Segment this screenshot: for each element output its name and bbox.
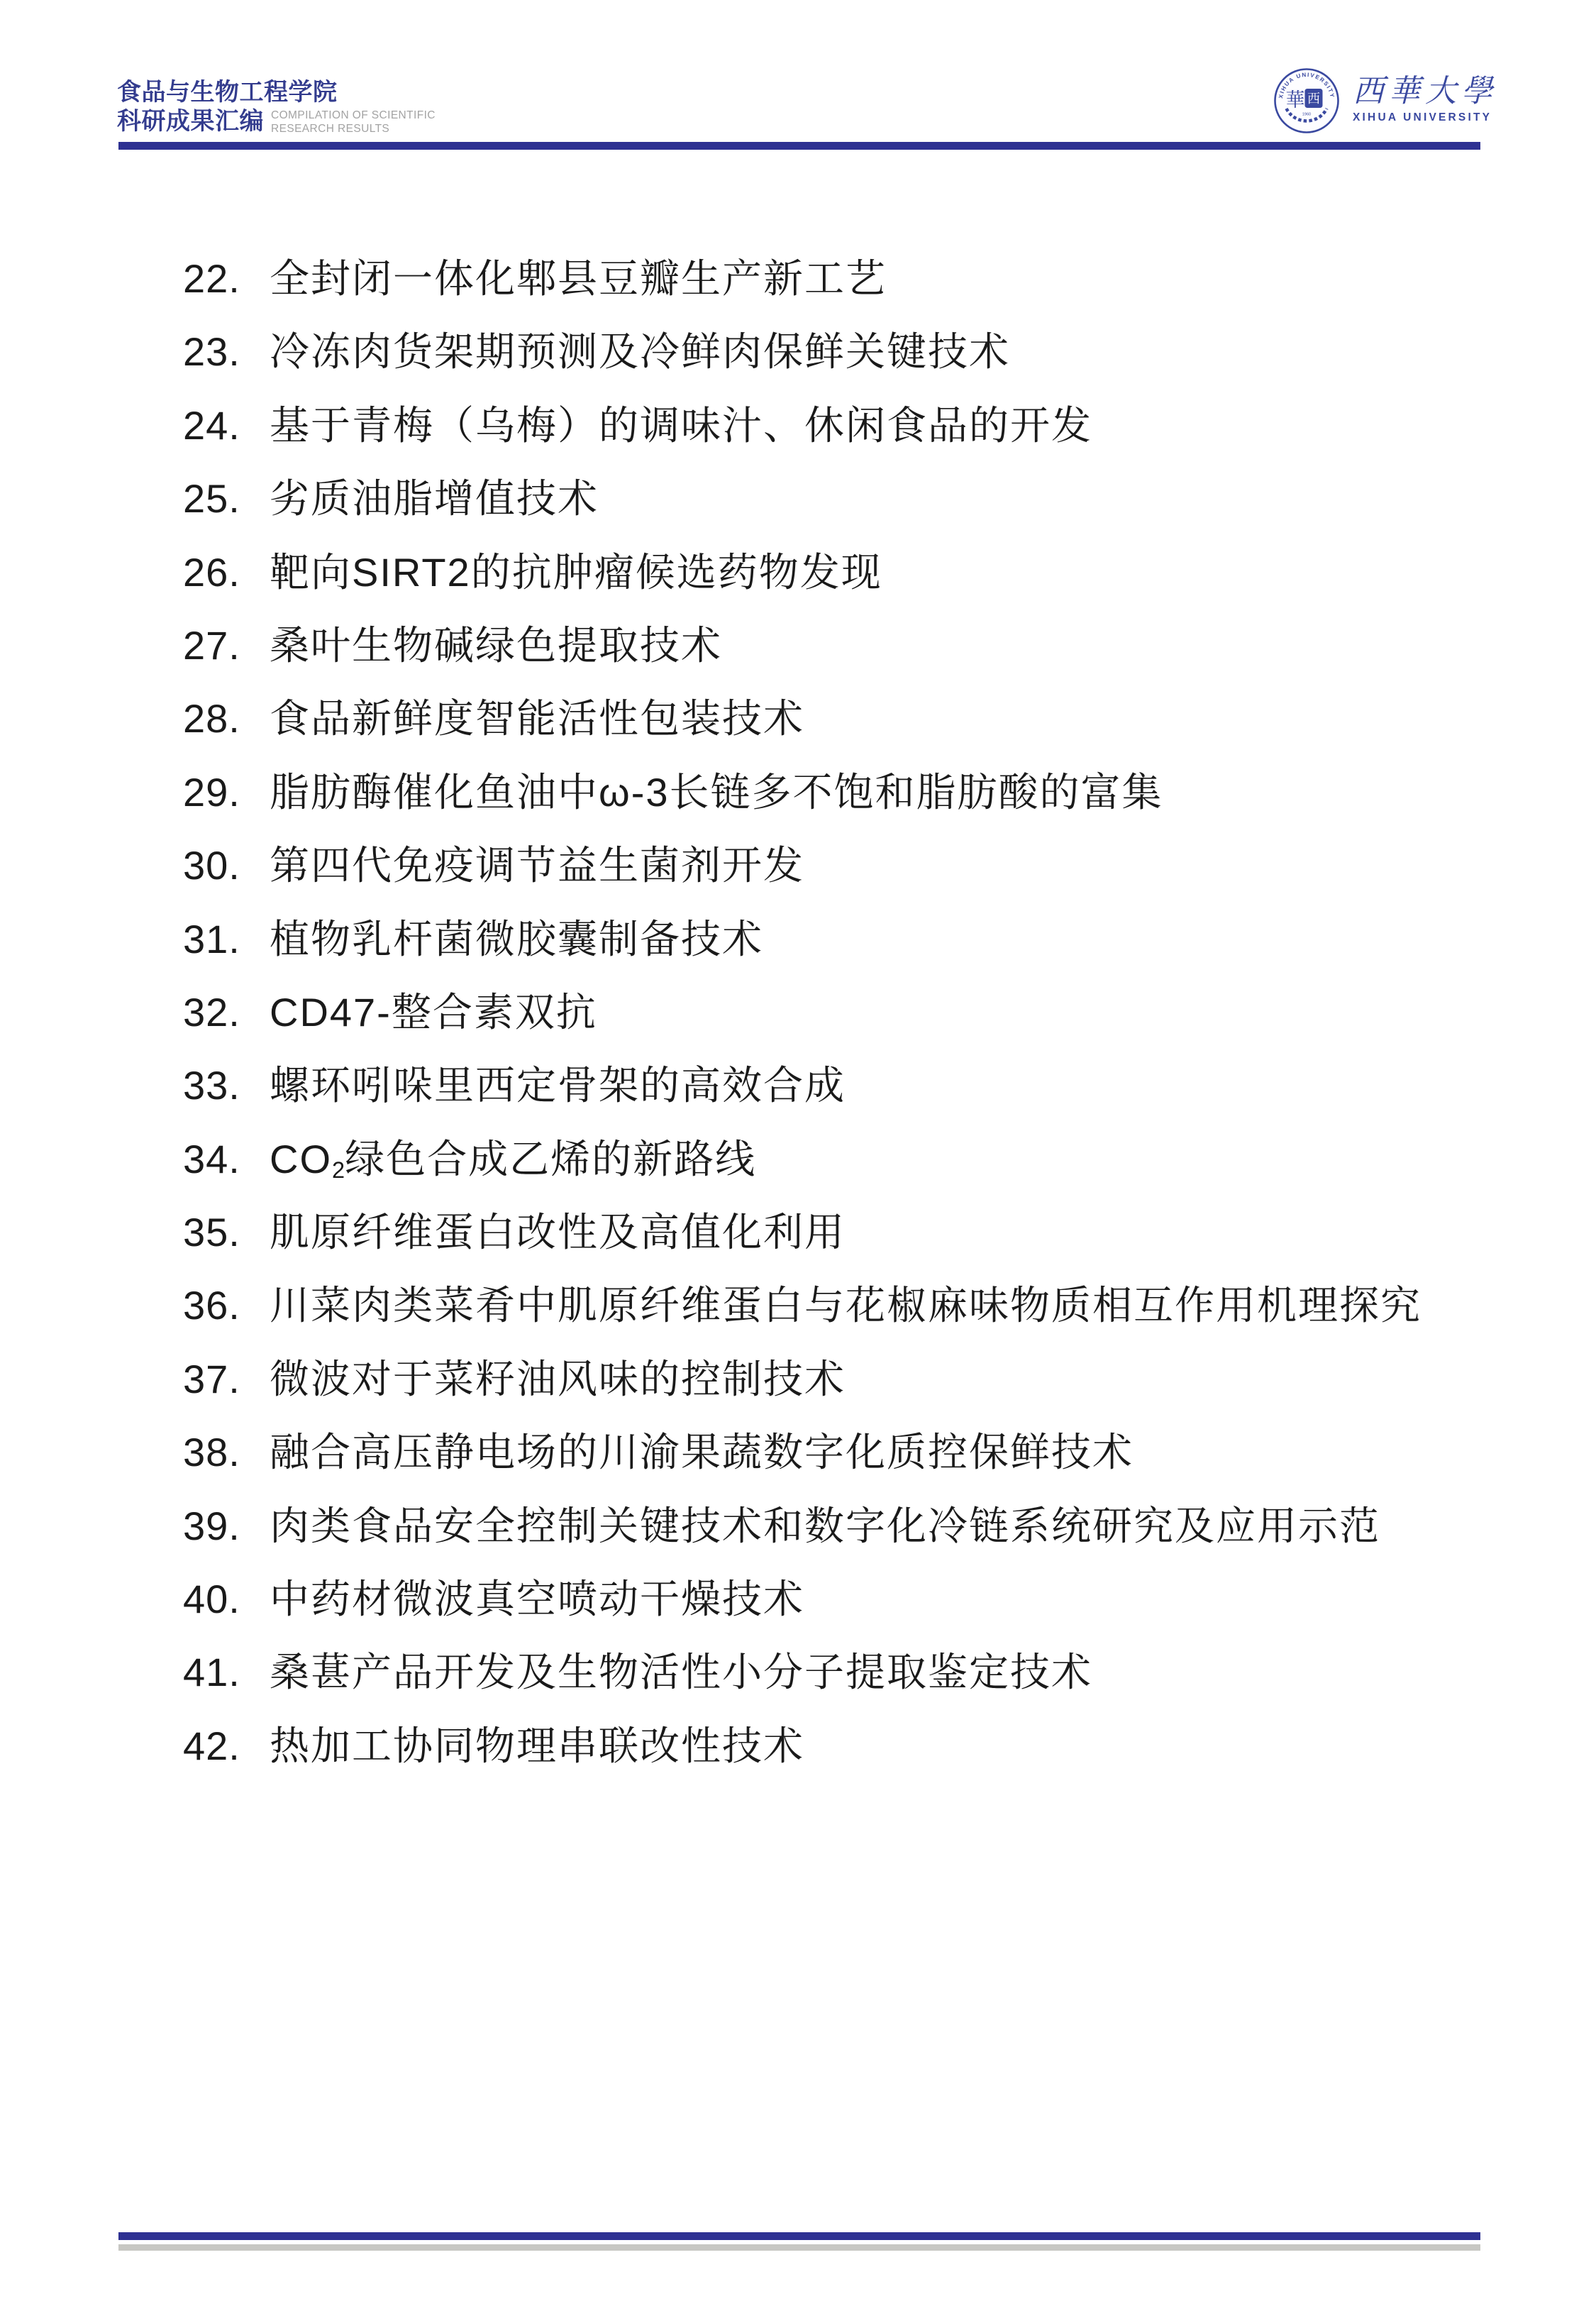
list-item-title: 第四代免疫调节益生菌剂开发 [270,844,804,886]
research-results-list: 22.全封闭一体化郫县豆瓣生产新工艺23.冷冻肉货架期预测及冷鲜肉保鲜关键技术2… [183,258,1502,1798]
list-item-number: 37. [183,1358,270,1400]
list-item-title: 桑叶生物碱绿色提取技术 [270,624,722,666]
list-item-number: 38. [183,1431,270,1473]
list-item: 32.CD47-整合素双抗 [183,991,1502,1064]
list-item: 40.中药材微波真空喷动干燥技术 [183,1578,1502,1651]
header-university-block: XIHUA UNIVERSITY 華 西 1960 西華大學 XIHUA UNI… [1273,67,1497,134]
list-item-title: 融合高压静电场的川渝果蔬数字化质控保鲜技术 [270,1431,1134,1473]
list-item-number: 30. [183,844,270,886]
footer-blue-bar [118,2232,1480,2240]
org-subtitle-en-line2: RESEARCH RESULTS [271,123,436,136]
document-page: 食品与生物工程学院 科研成果汇编 COMPILATION OF SCIENTIF… [0,0,1596,2311]
list-item-title: 植物乳杆菌微胶囊制备技术 [270,918,763,960]
list-item-number: 27. [183,624,270,666]
list-item-title: 冷冻肉货架期预测及冷鲜肉保鲜关键技术 [270,331,1010,373]
list-item: 27.桑叶生物碱绿色提取技术 [183,624,1502,697]
list-item-number: 29. [183,771,270,813]
header-org-block: 食品与生物工程学院 科研成果汇编 COMPILATION OF SCIENTIF… [117,78,436,137]
list-item-number: 24. [183,404,270,446]
org-subtitle-en-line1: COMPILATION OF SCIENTIFIC [271,109,436,122]
seal-center-right-glyph: 西 [1307,92,1320,106]
list-item-number: 41. [183,1651,270,1693]
list-item-title: 肉类食品安全控制关键技术和数字化冷链系统研究及应用示范 [270,1505,1380,1547]
list-item-title-rest: 绿色合成乙烯的新路线 [345,1137,756,1181]
footer-gray-bar [118,2244,1480,2251]
list-item-number: 28. [183,697,270,739]
list-item-number: 39. [183,1505,270,1547]
org-title-line1: 食品与生物工程学院 [117,78,436,107]
list-item-title: 中药材微波真空喷动干燥技术 [270,1578,804,1620]
header-divider-line [118,142,1480,150]
list-item-title: 川菜肉类菜肴中肌原纤维蛋白与花椒麻味物质相互作用机理探究 [270,1284,1422,1326]
list-item-number: 31. [183,918,270,960]
seal-center-left-glyph: 華 [1286,89,1305,111]
list-item-title: 全封闭一体化郫县豆瓣生产新工艺 [270,258,887,299]
list-item-number: 40. [183,1578,270,1620]
list-item: 31.植物乳杆菌微胶囊制备技术 [183,918,1502,991]
list-item: 41.桑葚产品开发及生物活性小分子提取鉴定技术 [183,1651,1502,1724]
org-title-line2: 科研成果汇编 [117,107,264,136]
university-name-block: 西華大學 XIHUA UNIVERSITY [1353,76,1497,124]
list-item-number: 35. [183,1211,270,1253]
list-item-number: 22. [183,258,270,299]
list-item: 25.劣质油脂增值技术 [183,478,1502,551]
org-title-line2-row: 科研成果汇编 COMPILATION OF SCIENTIFIC RESEARC… [117,107,436,136]
xihua-university-seal-icon: XIHUA UNIVERSITY 華 西 1960 [1273,67,1340,134]
list-item-number: 34. [183,1138,270,1180]
list-item-number: 42. [183,1725,270,1767]
list-item-number: 25. [183,478,270,519]
list-item-title: 劣质油脂增值技术 [270,478,599,519]
list-item: 28.食品新鲜度智能活性包装技术 [183,697,1502,771]
list-item-title: CO2绿色合成乙烯的新路线 [270,1138,756,1183]
list-item-number: 23. [183,331,270,373]
list-item-number: 32. [183,991,270,1033]
list-item: 39.肉类食品安全控制关键技术和数字化冷链系统研究及应用示范 [183,1505,1502,1578]
list-item-title: 靶向SIRT2的抗肿瘤候选药物发现 [270,551,882,593]
list-item: 37.微波对于菜籽油风味的控制技术 [183,1358,1502,1431]
list-item-number: 26. [183,551,270,593]
list-item-title-prefix: CO [270,1137,332,1181]
list-item: 34.CO2绿色合成乙烯的新路线 [183,1138,1502,1211]
list-item: 38.融合高压静电场的川渝果蔬数字化质控保鲜技术 [183,1431,1502,1504]
list-item: 42.热加工协同物理串联改性技术 [183,1725,1502,1798]
list-item-title: 食品新鲜度智能活性包装技术 [270,697,804,739]
list-item-title: 桑葚产品开发及生物活性小分子提取鉴定技术 [270,1651,1092,1693]
seal-year-text: 1960 [1302,113,1311,117]
list-item: 23.冷冻肉货架期预测及冷鲜肉保鲜关键技术 [183,331,1502,404]
list-item: 33.螺环吲哚里西定骨架的高效合成 [183,1064,1502,1137]
list-item: 22.全封闭一体化郫县豆瓣生产新工艺 [183,258,1502,331]
university-name-en: XIHUA UNIVERSITY [1353,111,1497,124]
list-item-title: CD47-整合素双抗 [270,991,597,1033]
list-item: 29.脂肪酶催化鱼油中ω-3长链多不饱和脂肪酸的富集 [183,771,1502,844]
list-item-number: 36. [183,1284,270,1326]
list-item: 36.川菜肉类菜肴中肌原纤维蛋白与花椒麻味物质相互作用机理探究 [183,1284,1502,1357]
list-item-title: 基于青梅（乌梅）的调味汁、休闲食品的开发 [270,404,1092,446]
list-item-title: 热加工协同物理串联改性技术 [270,1725,804,1767]
list-item: 24.基于青梅（乌梅）的调味汁、休闲食品的开发 [183,404,1502,478]
list-item: 26.靶向SIRT2的抗肿瘤候选药物发现 [183,551,1502,624]
list-item-title: 脂肪酶催化鱼油中ω-3长链多不饱和脂肪酸的富集 [270,771,1163,813]
list-item-number: 33. [183,1064,270,1106]
list-item: 35.肌原纤维蛋白改性及高值化利用 [183,1211,1502,1284]
org-subtitle-en: COMPILATION OF SCIENTIFIC RESEARCH RESUL… [271,109,436,136]
list-item-title: 肌原纤维蛋白改性及高值化利用 [270,1211,846,1253]
list-item: 30.第四代免疫调节益生菌剂开发 [183,844,1502,917]
list-item-title-subscript: 2 [332,1157,345,1183]
university-name-zh: 西華大學 [1353,76,1497,107]
list-item-title: 螺环吲哚里西定骨架的高效合成 [270,1064,846,1106]
list-item-title: 微波对于菜籽油风味的控制技术 [270,1358,846,1400]
